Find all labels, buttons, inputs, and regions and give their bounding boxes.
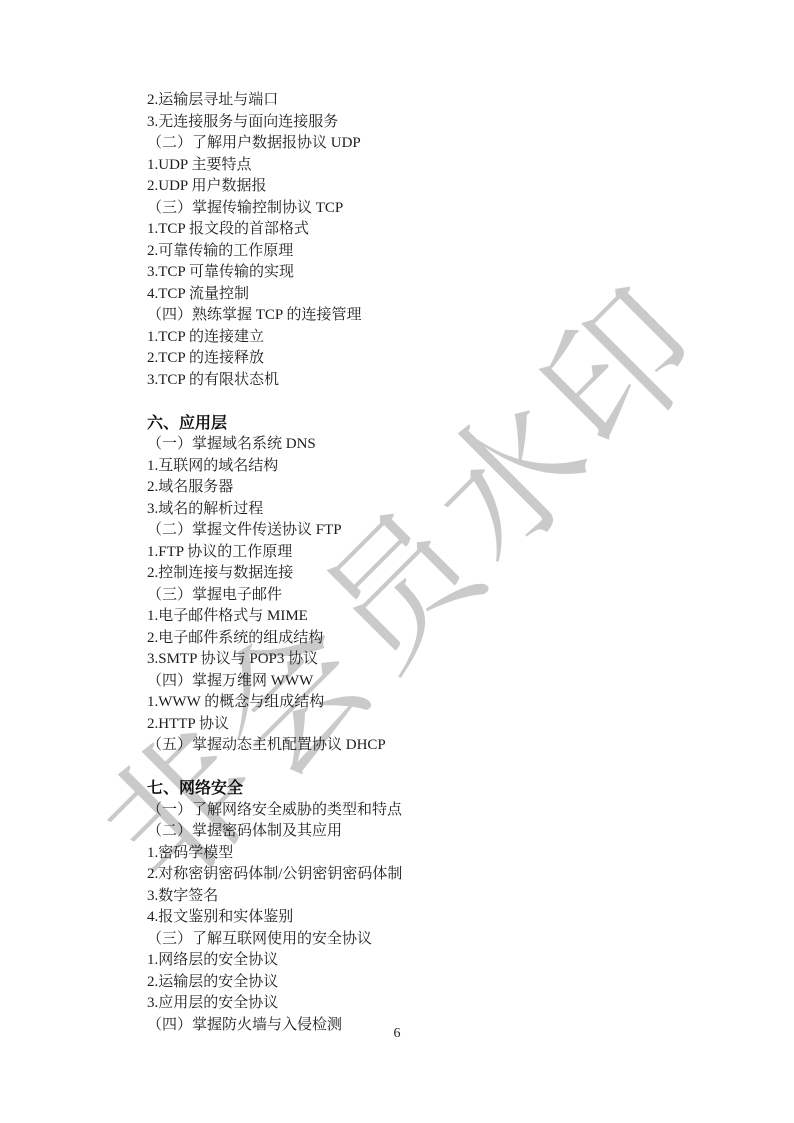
outline-line: 3.无连接服务与面向连接服务: [147, 112, 714, 134]
section-heading: 六、应用层: [147, 413, 714, 435]
outline-line: 1.FTP 协议的工作原理: [147, 542, 714, 564]
outline-line: 3.SMTP 协议与 POP3 协议: [147, 649, 714, 671]
outline-line: （二）了解用户数据报协议 UDP: [147, 133, 714, 155]
outline-line: （二）掌握密码体制及其应用: [147, 821, 714, 843]
outline-line: （三）了解互联网使用的安全协议: [147, 929, 714, 951]
document-body: 2.运输层寻址与端口3.无连接服务与面向连接服务（二）了解用户数据报协议 UDP…: [147, 90, 714, 1036]
outline-line: 2.控制连接与数据连接: [147, 563, 714, 585]
outline-line: （三）掌握电子邮件: [147, 585, 714, 607]
outline-line: 1.电子邮件格式与 MIME: [147, 606, 714, 628]
outline-line: 1.网络层的安全协议: [147, 950, 714, 972]
outline-line: 1.TCP 的连接建立: [147, 327, 714, 349]
outline-line: 3.TCP 的有限状态机: [147, 370, 714, 392]
outline-line: 1.WWW 的概念与组成结构: [147, 692, 714, 714]
section-heading: 七、网络安全: [147, 778, 714, 800]
document-page: 非会员水印 2.运输层寻址与端口3.无连接服务与面向连接服务（二）了解用户数据报…: [0, 0, 794, 1123]
outline-line: 3.数字签名: [147, 886, 714, 908]
outline-line: 3.应用层的安全协议: [147, 993, 714, 1015]
outline-line: 1.互联网的域名结构: [147, 456, 714, 478]
outline-line: 2.运输层的安全协议: [147, 972, 714, 994]
outline-line: 2.HTTP 协议: [147, 714, 714, 736]
outline-line: （三）掌握传输控制协议 TCP: [147, 198, 714, 220]
outline-line: （一）掌握域名系统 DNS: [147, 434, 714, 456]
outline-line: （一）了解网络安全威胁的类型和特点: [147, 800, 714, 822]
outline-line: 2.TCP 的连接释放: [147, 348, 714, 370]
outline-line: （五）掌握动态主机配置协议 DHCP: [147, 735, 714, 757]
outline-line: （四）掌握万维网 WWW: [147, 671, 714, 693]
outline-line: （二）掌握文件传送协议 FTP: [147, 520, 714, 542]
outline-line: 4.报文鉴别和实体鉴别: [147, 907, 714, 929]
page-number: 6: [0, 1026, 794, 1042]
outline-line: 3.TCP 可靠传输的实现: [147, 262, 714, 284]
outline-line: 2.对称密钥密码体制/公钥密钥密码体制: [147, 864, 714, 886]
outline-line: 2.UDP 用户数据报: [147, 176, 714, 198]
outline-line: 4.TCP 流量控制: [147, 284, 714, 306]
outline-line: 1.密码学模型: [147, 843, 714, 865]
outline-line: 2.可靠传输的工作原理: [147, 241, 714, 263]
outline-line: 2.电子邮件系统的组成结构: [147, 628, 714, 650]
outline-line: 1.UDP 主要特点: [147, 155, 714, 177]
outline-line: 2.域名服务器: [147, 477, 714, 499]
outline-line: 2.运输层寻址与端口: [147, 90, 714, 112]
outline-line: 1.TCP 报文段的首部格式: [147, 219, 714, 241]
outline-line: （四）熟练掌握 TCP 的连接管理: [147, 305, 714, 327]
outline-line: 3.域名的解析过程: [147, 499, 714, 521]
